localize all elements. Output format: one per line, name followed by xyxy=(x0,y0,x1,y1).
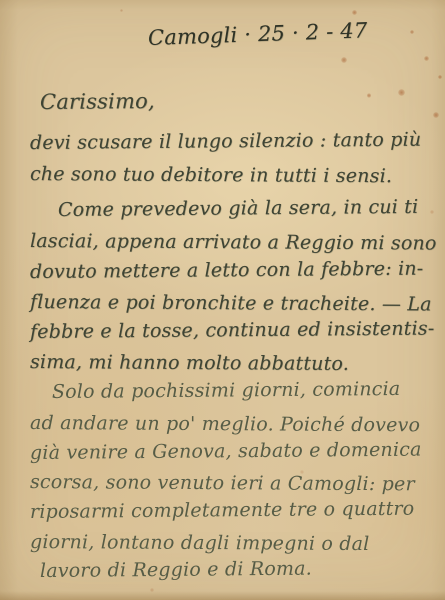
letter-date: Camogli · 25 · 2 - 47 xyxy=(148,18,368,50)
foxing-spot xyxy=(398,89,405,96)
letter-line: devi scusare il lungo silenzio : tanto p… xyxy=(30,129,421,154)
foxing-spot xyxy=(367,93,371,98)
letter-line: lasciai, appena arrivato a Reggio mi son… xyxy=(30,230,437,254)
foxing-spot xyxy=(430,210,434,214)
letter-greeting: Carissimo, xyxy=(40,89,155,114)
letter-line: ad andare un po' meglio. Poiché dovevo xyxy=(30,412,420,436)
letter-line: riposarmi completamente tre o quattro xyxy=(30,498,415,523)
letter-paper: Camogli · 25 · 2 - 47 Carissimo, devi sc… xyxy=(0,0,445,600)
foxing-spot xyxy=(410,30,414,34)
foxing-spot xyxy=(438,75,442,79)
foxing-spot xyxy=(433,112,439,118)
foxing-spot xyxy=(352,10,357,15)
letter-line: lavoro di Reggio e di Roma. xyxy=(40,558,312,582)
letter-line: fluenza e poi bronchite e tracheite. — L… xyxy=(30,291,432,315)
letter-line: giorni, lontano dagli impegni o dal xyxy=(30,531,370,555)
letter-line: febbre e la tosse, continua ed insistent… xyxy=(30,317,435,343)
foxing-spot xyxy=(424,56,429,61)
letter-line: dovuto mettere a letto con la febbre: in… xyxy=(30,258,424,283)
letter-line: Come prevedevo già la sera, in cui ti xyxy=(58,196,419,221)
foxing-spot xyxy=(150,588,154,592)
letter-line: che sono tuo debitore in tutti i sensi. xyxy=(30,163,392,187)
foxing-spot xyxy=(341,57,347,63)
letter-line: già venire a Genova, sabato e domenica xyxy=(30,439,422,464)
letter-line: sima, mi hanno molto abbattuto. xyxy=(30,351,349,375)
foxing-spot xyxy=(120,9,123,12)
letter-line: scorsa, sono venuto ieri a Camogli: per xyxy=(30,471,415,495)
letter-line: Solo da pochissimi giorni, comincia xyxy=(52,378,401,403)
